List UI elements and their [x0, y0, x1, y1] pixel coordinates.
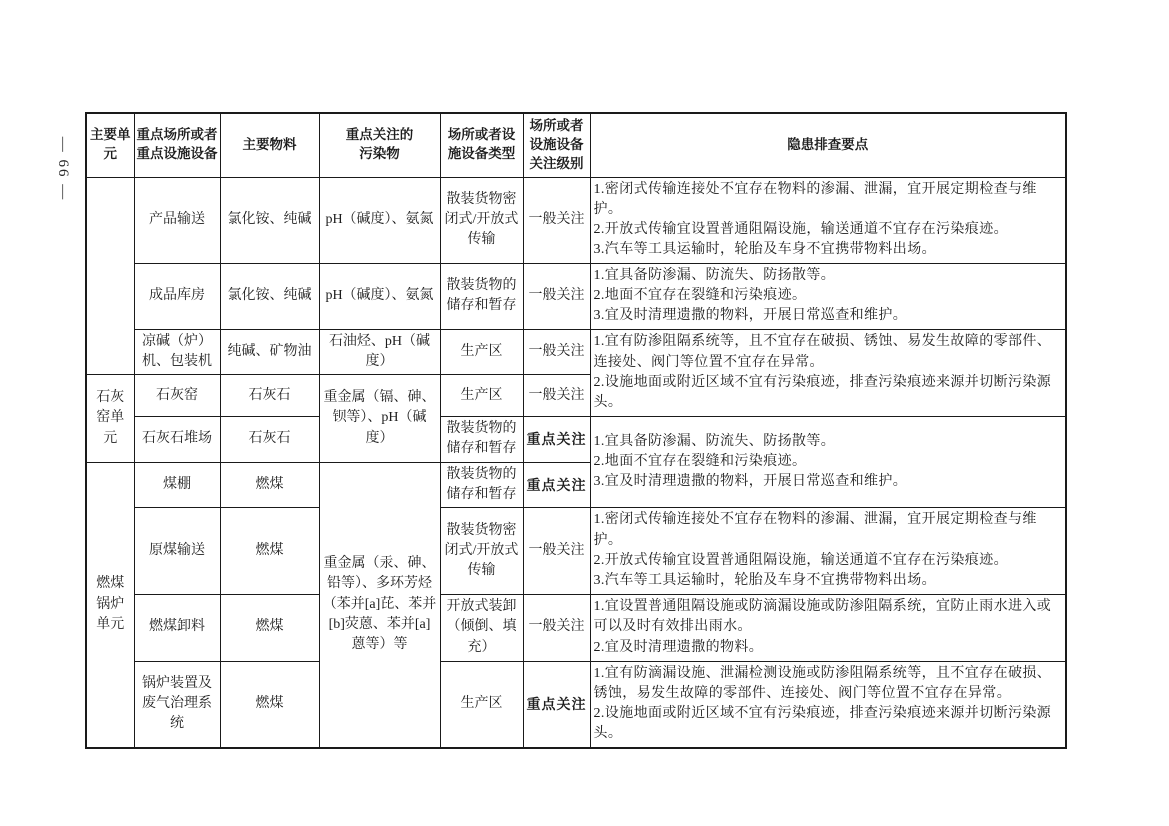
level-cell: 一般关注: [523, 263, 590, 329]
level-cell: 重点关注: [523, 661, 590, 748]
document-page: — 66 — 主要单元 重点场所或者重点设施设备 主要物料 重点关注的污染物 场…: [0, 0, 1169, 826]
material-cell: 燃煤: [220, 594, 319, 661]
unit-cell: 石灰窑单元: [86, 375, 134, 463]
material-cell: 氯化铵、纯碱: [220, 263, 319, 329]
header-row: 主要单元 重点场所或者重点设施设备 主要物料 重点关注的污染物 场所或者设施设备…: [86, 113, 1066, 177]
col-header-type: 场所或者设施设备类型: [440, 113, 523, 177]
points-cell: 1.宜有防渗阻隔系统等，且不宜存在破损、锈蚀、易发生故障的零部件、连接处、阀门等…: [590, 329, 1066, 417]
material-cell: 燃煤: [220, 661, 319, 748]
type-cell: 散装货物密闭式/开放式传输: [440, 177, 523, 263]
material-cell: 燃煤: [220, 508, 319, 594]
col-header-site: 重点场所或者重点设施设备: [134, 113, 220, 177]
point-line: 2.开放式传输宜设置普通阻隔设施，输送通道不宜存在污染痕迹。: [594, 551, 1063, 571]
material-cell: 氯化铵、纯碱: [220, 177, 319, 263]
table-row: 凉碱（炉）机、包装机 纯碱、矿物油 石油烃、pH（碱度） 生产区 一般关注 1.…: [86, 329, 1066, 375]
points-cell: 1.宜具备防渗漏、防流失、防扬散等。 2.地面不宜存在裂缝和污染痕迹。 3.宜及…: [590, 417, 1066, 508]
pollutant-cell: pH（碱度）、氨氮: [319, 263, 440, 329]
points-cell: 1.宜具备防渗漏、防流失、防扬散等。 2.地面不宜存在裂缝和污染痕迹。 3.宜及…: [590, 263, 1066, 329]
points-cell: 1.宜有防滴漏设施、泄漏检测设施或防渗阻隔系统等，且不宜存在破损、锈蚀，易发生故…: [590, 661, 1066, 748]
site-cell: 煤棚: [134, 462, 220, 508]
type-cell: 散装货物的储存和暂存: [440, 462, 523, 508]
col-header-pollutant-label: 重点关注的污染物: [342, 126, 418, 164]
point-line: 1.宜具备防渗漏、防流失、防扬散等。: [594, 266, 1063, 286]
site-cell: 燃煤卸料: [134, 594, 220, 661]
type-cell: 生产区: [440, 329, 523, 375]
point-line: 2.设施地面或附近区域不宜有污染痕迹，排查污染痕迹来源并切断污染源头。: [594, 373, 1063, 414]
level-cell: 重点关注: [523, 417, 590, 463]
col-header-level: 场所或者设施设备关注级别: [523, 113, 590, 177]
site-cell: 石灰窑: [134, 375, 220, 417]
site-cell: 锅炉装置及废气治理系统: [134, 661, 220, 748]
table-row: 燃煤卸料 燃煤 开放式装卸（倾倒、填充） 一般关注 1.宜设置普通阻隔设施或防滴…: [86, 594, 1066, 661]
point-line: 1.宜有防渗阻隔系统等，且不宜存在破损、锈蚀、易发生故障的零部件、连接处、阀门等…: [594, 332, 1063, 373]
points-cell: 1.密闭式传输连接处不宜存在物料的渗漏、泄漏，宜开展定期检查与维护。 2.开放式…: [590, 508, 1066, 594]
point-line: 1.宜具备防渗漏、防流失、防扬散等。: [594, 432, 1063, 452]
level-cell: 一般关注: [523, 177, 590, 263]
site-cell: 成品库房: [134, 263, 220, 329]
point-line: 2.地面不宜存在裂缝和污染痕迹。: [594, 452, 1063, 472]
material-cell: 石灰石: [220, 417, 319, 463]
site-cell: 原煤输送: [134, 508, 220, 594]
point-line: 3.宜及时清理遗撒的物料，开展日常巡查和维护。: [594, 306, 1063, 326]
point-line: 1.密闭式传输连接处不宜存在物料的渗漏、泄漏，宜开展定期检查与维护。: [594, 510, 1063, 551]
unit-cell: 燃煤锅炉单元: [86, 462, 134, 747]
pollutant-cell: 重金属（镉、砷、钡等）、pH（碱度）: [319, 375, 440, 463]
point-line: 2.开放式传输宜设置普通阻隔设施，输送通道不宜存在污染痕迹。: [594, 220, 1063, 240]
type-cell: 生产区: [440, 661, 523, 748]
inspection-table: 主要单元 重点场所或者重点设施设备 主要物料 重点关注的污染物 场所或者设施设备…: [85, 112, 1067, 749]
point-line: 3.汽车等工具运输时，轮胎及车身不宜携带物料出场。: [594, 571, 1063, 591]
pollutant-cell: pH（碱度）、氨氮: [319, 177, 440, 263]
type-cell: 散装货物的储存和暂存: [440, 417, 523, 463]
table-row: 原煤输送 燃煤 散装货物密闭式/开放式传输 一般关注 1.密闭式传输连接处不宜存…: [86, 508, 1066, 594]
level-cell: 一般关注: [523, 594, 590, 661]
table-row: 锅炉装置及废气治理系统 燃煤 生产区 重点关注 1.宜有防滴漏设施、泄漏检测设施…: [86, 661, 1066, 748]
table-row: 产品输送 氯化铵、纯碱 pH（碱度）、氨氮 散装货物密闭式/开放式传输 一般关注…: [86, 177, 1066, 263]
points-cell: 1.宜设置普通阻隔设施或防滴漏设施或防渗阻隔系统，宜防止雨水进入或可以及时有效排…: [590, 594, 1066, 661]
pollutant-cell: 重金属（汞、砷、铅等）、多环芳烃（苯并[a]芘、苯并[b]荧蒽、苯并[a]蒽等）…: [319, 462, 440, 747]
table-row: 成品库房 氯化铵、纯碱 pH（碱度）、氨氮 散装货物的储存和暂存 一般关注 1.…: [86, 263, 1066, 329]
col-header-pollutant: 重点关注的污染物: [319, 113, 440, 177]
type-cell: 生产区: [440, 375, 523, 417]
material-cell: 纯碱、矿物油: [220, 329, 319, 375]
material-cell: 燃煤: [220, 462, 319, 508]
point-line: 3.汽车等工具运输时，轮胎及车身不宜携带物料出场。: [594, 240, 1063, 260]
point-line: 2.地面不宜存在裂缝和污染痕迹。: [594, 286, 1063, 306]
material-cell: 石灰石: [220, 375, 319, 417]
table-row: 石灰石堆场 石灰石 散装货物的储存和暂存 重点关注 1.宜具备防渗漏、防流失、防…: [86, 417, 1066, 463]
level-cell: 一般关注: [523, 329, 590, 375]
pollutant-cell: 石油烃、pH（碱度）: [319, 329, 440, 375]
type-cell: 散装货物的储存和暂存: [440, 263, 523, 329]
page-number: — 66 —: [49, 127, 71, 211]
col-header-unit: 主要单元: [86, 113, 134, 177]
site-cell: 石灰石堆场: [134, 417, 220, 463]
point-line: 1.宜有防滴漏设施、泄漏检测设施或防渗阻隔系统等，且不宜存在破损、锈蚀，易发生故…: [594, 664, 1063, 705]
points-cell: 1.密闭式传输连接处不宜存在物料的渗漏、泄漏，宜开展定期检查与维护。 2.开放式…: [590, 177, 1066, 263]
level-cell: 一般关注: [523, 375, 590, 417]
point-line: 1.宜设置普通阻隔设施或防滴漏设施或防渗阻隔系统，宜防止雨水进入或可以及时有效排…: [594, 597, 1063, 638]
type-cell: 开放式装卸（倾倒、填充）: [440, 594, 523, 661]
point-line: 2.宜及时清理遗撒的物料。: [594, 638, 1063, 658]
point-line: 1.密闭式传输连接处不宜存在物料的渗漏、泄漏，宜开展定期检查与维护。: [594, 180, 1063, 221]
col-header-points: 隐患排查要点: [590, 113, 1066, 177]
level-cell: 一般关注: [523, 508, 590, 594]
col-header-material: 主要物料: [220, 113, 319, 177]
type-cell: 散装货物密闭式/开放式传输: [440, 508, 523, 594]
point-line: 3.宜及时清理遗撒的物料，开展日常巡查和维护。: [594, 472, 1063, 492]
point-line: 2.设施地面或附近区域不宜有污染痕迹，排查污染痕迹来源并切断污染源头。: [594, 704, 1063, 745]
unit-cell: [86, 177, 134, 375]
level-cell: 重点关注: [523, 462, 590, 508]
site-cell: 产品输送: [134, 177, 220, 263]
site-cell: 凉碱（炉）机、包装机: [134, 329, 220, 375]
